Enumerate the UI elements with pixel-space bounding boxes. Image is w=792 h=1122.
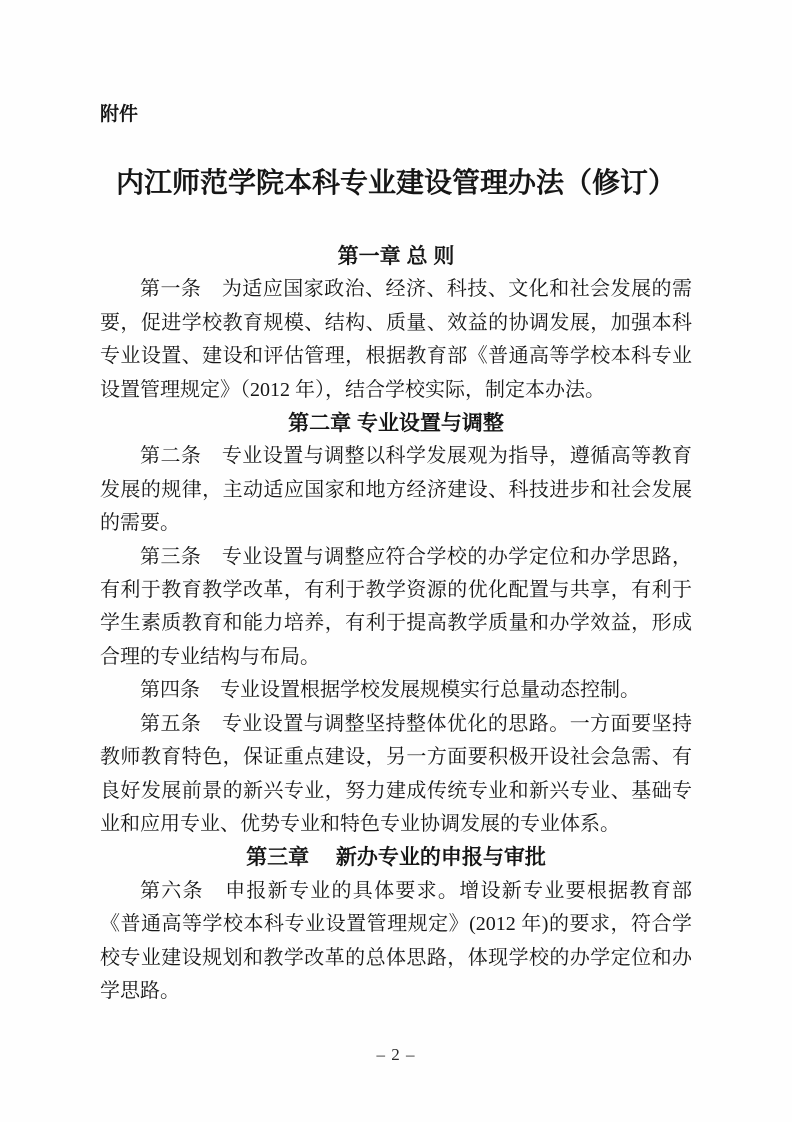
- chapter-heading-3: 第三章 新办专业的申报与审批: [100, 841, 692, 874]
- attachment-label: 附件: [100, 102, 692, 128]
- chapter-heading-1: 第一章 总 则: [100, 240, 692, 273]
- document-page: 附件 内江师范学院本科专业建设管理办法（修订） 第一章 总 则 第一条 为适应国…: [0, 0, 792, 1122]
- page-number: – 2 –: [0, 1045, 792, 1065]
- chapter-heading-2: 第二章 专业设置与调整: [100, 407, 692, 440]
- article-2: 第二条 专业设置与调整以科学发展观为指导，遵循高等教育发展的规律，主动适应国家和…: [100, 440, 692, 540]
- article-3: 第三条 专业设置与调整应符合学校的办学定位和办学思路，有利于教育教学改革，有利于…: [100, 541, 692, 675]
- article-6: 第六条 申报新专业的具体要求。增设新专业要根据教育部《普通高等学校本科专业设置管…: [100, 875, 692, 1009]
- article-4: 第四条 专业设置根据学校发展规模实行总量动态控制。: [100, 674, 692, 707]
- article-1: 第一条 为适应国家政治、经济、科技、文化和社会发展的需要，促进学校教育规模、结构…: [100, 273, 692, 407]
- article-5: 第五条 专业设置与调整坚持整体优化的思路。一方面要坚持教师教育特色，保证重点建设…: [100, 708, 692, 842]
- document-title: 内江师范学院本科专业建设管理办法（修订）: [100, 163, 692, 203]
